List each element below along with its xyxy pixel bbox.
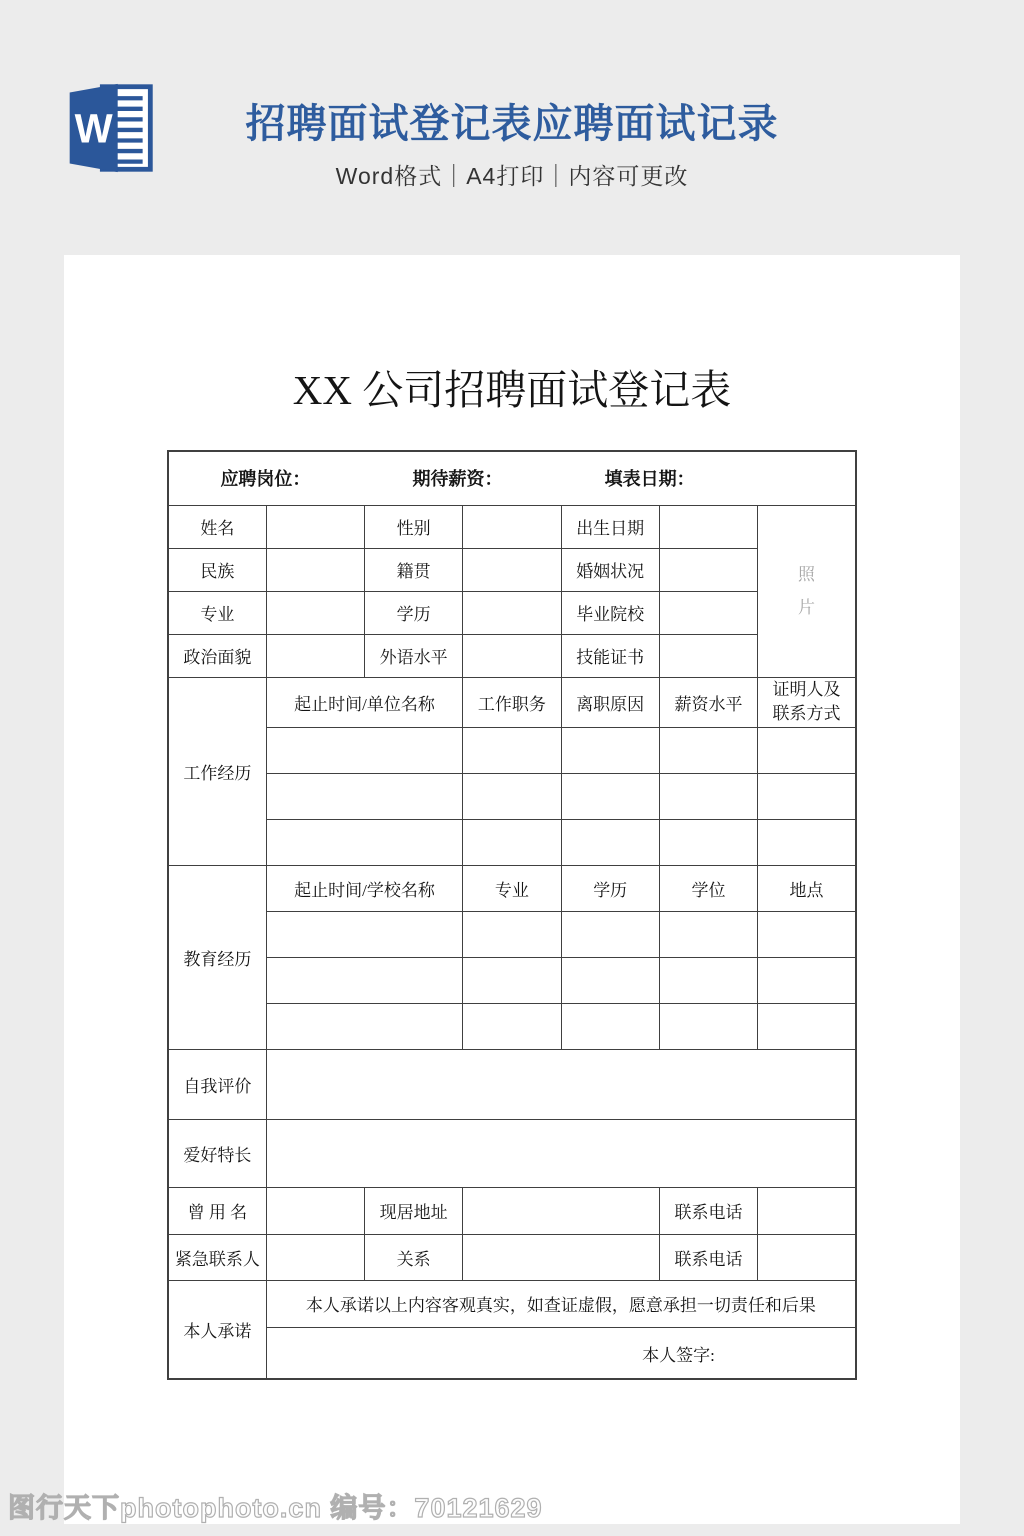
gender-label: 性别 [365,505,463,548]
work-row-cell [561,773,659,819]
photo-label: 照片 [797,558,817,624]
ethnicity-label: 民族 [168,548,266,591]
native-place-value-cell [463,548,561,591]
edu-period-school-header: 起止时间/学校名称 [266,865,463,911]
commitment-statement: 本人承诺以上内容客观真实，如查证虚假，愿意承担一切责任和后果 [266,1280,856,1327]
table-row: 紧急联系人 关系 联系电话 [168,1234,856,1280]
edu-major-header: 专业 [463,865,561,911]
edu-row-cell [758,957,856,1003]
position-label: 应聘岗位： [220,465,310,491]
foreign-language-value-cell [463,634,561,677]
table-row: 应聘岗位： 期待薪资： 填表日期： [168,451,856,505]
former-name-value-cell [266,1187,364,1234]
edu-row-cell [758,1003,856,1049]
emergency-phone-label: 联系电话 [659,1234,757,1280]
table-row: 爱好特长 [168,1119,856,1187]
native-place-label: 籍贯 [365,548,463,591]
edu-row-cell [266,1003,463,1049]
table-row: 本人签字: [168,1327,856,1379]
contact-phone-label: 联系电话 [659,1187,757,1234]
table-row: 自我评价 [168,1049,856,1119]
graduate-school-value-cell [659,591,757,634]
contact-phone-value-cell [758,1187,856,1234]
photo-cell: 照片 [758,505,856,677]
degree-label: 学历 [365,591,463,634]
edu-row-cell [463,1003,561,1049]
work-row-cell [561,819,659,865]
political-status-value-cell [266,634,364,677]
major-label: 专业 [168,591,266,634]
table-row: 本人承诺 本人承诺以上内容客观真实，如查证虚假，愿意承担一切责任和后果 [168,1280,856,1327]
emergency-phone-value-cell [758,1234,856,1280]
hobbies-label: 爱好特长 [168,1119,266,1187]
work-row-cell [266,773,463,819]
edu-diploma-header: 学位 [659,865,757,911]
edu-location-header: 地点 [758,865,856,911]
self-evaluation-label: 自我评价 [168,1049,266,1119]
signature-cell: 本人签字: [266,1327,856,1379]
name-value-cell [266,505,364,548]
birthdate-value-cell [659,505,757,548]
work-row-cell [266,819,463,865]
table-row: 曾 用 名 现居地址 联系电话 [168,1187,856,1234]
work-row-cell [561,727,659,773]
former-name-label: 曾 用 名 [168,1187,266,1234]
table-row [168,727,856,773]
education-section-label: 教育经历 [168,865,266,1049]
edu-row-cell [266,911,463,957]
table-row: 专业 学历 毕业院校 [168,591,856,634]
leaving-reason-header: 离职原因 [561,677,659,727]
skill-certificate-value-cell [659,634,757,677]
work-row-cell [659,727,757,773]
edu-row-cell [463,957,561,1003]
registration-form-table: 应聘岗位： 期待薪资： 填表日期： 姓名 性别 出生日期 照片 民族 籍贯 婚姻… [167,450,857,1380]
graduate-school-label: 毕业院校 [561,591,659,634]
edu-row-cell [561,911,659,957]
watermark-text: 图行天下photophoto.cn 编号：70121629 [8,1486,543,1525]
edu-row-cell [758,911,856,957]
table-row: 政治面貌 外语水平 技能证书 [168,634,856,677]
edu-degree-header: 学历 [561,865,659,911]
edu-row-cell [659,911,757,957]
work-row-cell [463,819,561,865]
work-row-cell [266,727,463,773]
reference-contact-header: 证明人及联系方式 [758,677,856,727]
table-row [168,1003,856,1049]
template-title: 招聘面试登记表应聘面试记录 [0,92,1024,149]
document-page: XX 公司招聘面试登记表 应聘岗位： 期待薪资： 填表日期： 姓名 性别 出生日… [64,255,960,1524]
edu-row-cell [561,1003,659,1049]
edu-row-cell [266,957,463,1003]
relation-value-cell [463,1234,660,1280]
table-row: 工作经历 起止时间/单位名称 工作职务 离职原因 薪资水平 证明人及联系方式 [168,677,856,727]
commitment-label: 本人承诺 [168,1280,266,1379]
table-row: 教育经历 起止时间/学校名称 专业 学历 学位 地点 [168,865,856,911]
table-row: 姓名 性别 出生日期 照片 [168,505,856,548]
table-row: 民族 籍贯 婚姻状况 [168,548,856,591]
ethnicity-value-cell [266,548,364,591]
top-row-cell: 应聘岗位： 期待薪资： 填表日期： [168,451,856,505]
edu-row-cell [463,911,561,957]
edu-row-cell [561,957,659,1003]
foreign-language-label: 外语水平 [365,634,463,677]
work-row-cell [758,819,856,865]
emergency-contact-label: 紧急联系人 [168,1234,266,1280]
work-row-cell [659,773,757,819]
work-position-header: 工作职务 [463,677,561,727]
political-status-label: 政治面貌 [168,634,266,677]
table-row [168,911,856,957]
current-address-label: 现居地址 [365,1187,463,1234]
relation-label: 关系 [365,1234,463,1280]
degree-value-cell [463,591,561,634]
table-row [168,957,856,1003]
work-period-company-header: 起止时间/单位名称 [266,677,463,727]
marital-status-value-cell [659,548,757,591]
current-address-value-cell [463,1187,660,1234]
date-label: 填表日期： [605,465,695,491]
table-row [168,773,856,819]
form-title: XX 公司招聘面试登记表 [64,255,960,416]
template-subtitle: Word格式｜A4打印｜内容可更改 [0,158,1024,191]
work-row-cell [758,773,856,819]
work-row-cell [659,819,757,865]
work-row-cell [758,727,856,773]
name-label: 姓名 [168,505,266,548]
skill-certificate-label: 技能证书 [561,634,659,677]
edu-row-cell [659,957,757,1003]
major-value-cell [266,591,364,634]
edu-row-cell [659,1003,757,1049]
signature-label: 本人签字: [267,1341,855,1366]
work-row-cell [463,773,561,819]
salary-level-header: 薪资水平 [659,677,757,727]
salary-label: 期待薪资： [413,465,503,491]
hobbies-cell [266,1119,856,1187]
work-row-cell [463,727,561,773]
emergency-contact-value-cell [266,1234,364,1280]
template-header: W 招聘面试登记表应聘面试记录 Word格式｜A4打印｜内容可更改 [0,0,1024,255]
marital-status-label: 婚姻状况 [561,548,659,591]
work-experience-section-label: 工作经历 [168,677,266,865]
table-row [168,819,856,865]
birthdate-label: 出生日期 [561,505,659,548]
gender-value-cell [463,505,561,548]
self-evaluation-cell [266,1049,856,1119]
